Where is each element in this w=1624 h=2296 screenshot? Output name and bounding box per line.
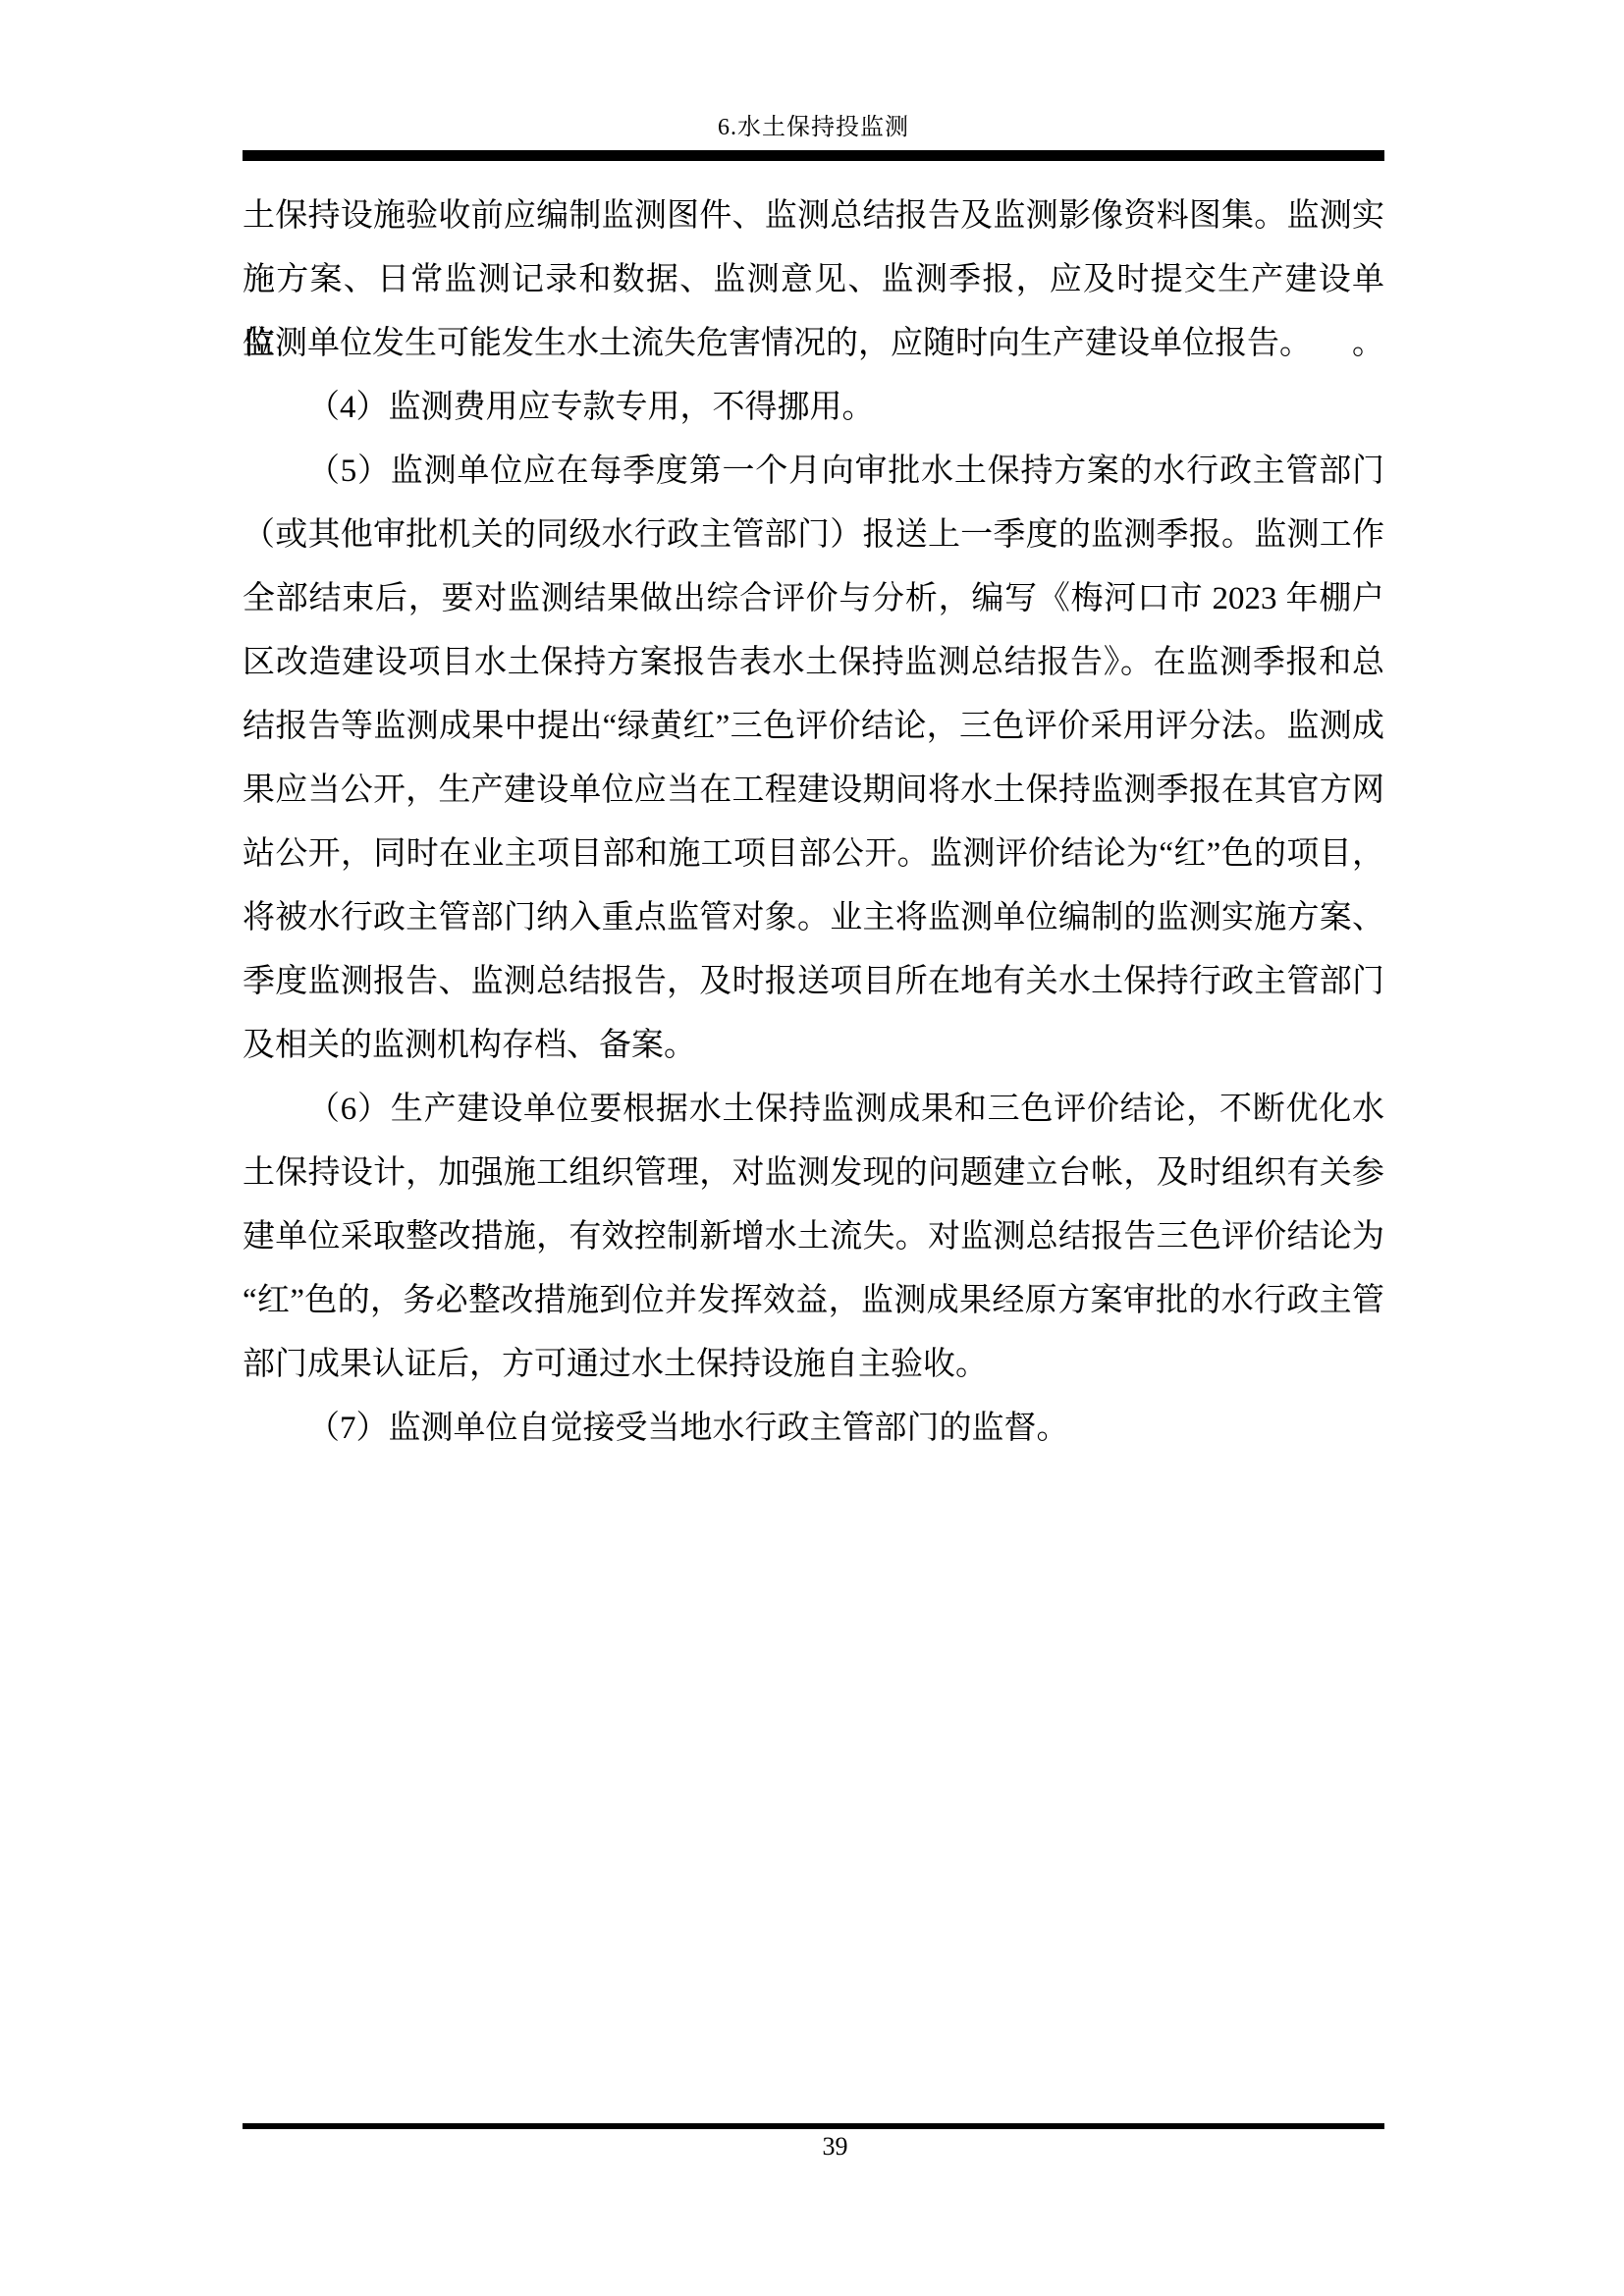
text-line: 果应当公开，生产建设单位应当在工程建设期间将水土保持监测季报在其官方网 <box>243 759 1384 823</box>
text-line: 土保持设施验收前应编制监测图件、监测总结报告及监测影像资料图集。监测实 <box>243 185 1384 248</box>
text-line: 区改造建设项目水土保持方案报告表水土保持监测总结报告》。在监测季报和总 <box>243 631 1384 695</box>
text-line: 及相关的监测机构存档、备案。 <box>243 1014 1384 1078</box>
text-line: 部门成果认证后，方可通过水土保持设施自主验收。 <box>243 1333 1384 1397</box>
text-line: 将被水行政主管部门纳入重点监管对象。业主将监测单位编制的监测实施方案、 <box>243 886 1384 950</box>
header-title: 6.水土保持投监测 <box>243 110 1384 145</box>
document-page: 6.水土保持投监测 土保持设施验收前应编制监测图件、监测总结报告及监测影像资料图… <box>0 0 1624 2296</box>
text-line: 结报告等监测成果中提出“绿黄红”三色评价结论，三色评价采用评分法。监测成 <box>243 695 1384 759</box>
document-body: 土保持设施验收前应编制监测图件、监测总结报告及监测影像资料图集。监测实施方案、日… <box>243 185 1384 1461</box>
text-line: （6）生产建设单位要根据水土保持监测成果和三色评价结论，不断优化水 <box>243 1078 1384 1142</box>
text-line: 土保持设计，加强施工组织管理，对监测发现的问题建立台帐，及时组织有关参 <box>243 1142 1384 1205</box>
text-line: 施方案、日常监测记录和数据、监测意见、监测季报，应及时提交生产建设单位。 <box>243 248 1384 312</box>
text-line: （7）监测单位自觉接受当地水行政主管部门的监督。 <box>243 1397 1384 1461</box>
footer-rule <box>243 2123 1384 2129</box>
header-double-rule <box>243 150 1384 161</box>
text-line: （或其他审批机关的同级水行政主管部门）报送上一季度的监测季报。监测工作 <box>243 504 1384 567</box>
text-line: 站公开，同时在业主项目部和施工项目部公开。监测评价结论为“红”色的项目， <box>243 823 1384 886</box>
text-line: “红”色的，务必整改措施到位并发挥效益，监测成果经原方案审批的水行政主管 <box>243 1269 1384 1333</box>
text-line: 季度监测报告、监测总结报告，及时报送项目所在地有关水土保持行政主管部门 <box>243 950 1384 1014</box>
page-number: 39 <box>264 2132 1406 2162</box>
text-line: 全部结束后，要对监测结果做出综合评价与分析，编写《梅河口市 2023 年棚户 <box>243 567 1384 631</box>
text-line: 建单位采取整改措施，有效控制新增水土流失。对监测总结报告三色评价结论为 <box>243 1205 1384 1269</box>
document-lines: 土保持设施验收前应编制监测图件、监测总结报告及监测影像资料图集。监测实施方案、日… <box>243 185 1384 1461</box>
text-line: （5）监测单位应在每季度第一个月向审批水土保持方案的水行政主管部门 <box>243 440 1384 504</box>
text-line: （4）监测费用应专款专用，不得挪用。 <box>243 376 1384 440</box>
text-line: 监测单位发生可能发生水土流失危害情况的，应随时向生产建设单位报告。 <box>243 312 1384 376</box>
page-header: 6.水土保持投监测 <box>243 110 1384 161</box>
